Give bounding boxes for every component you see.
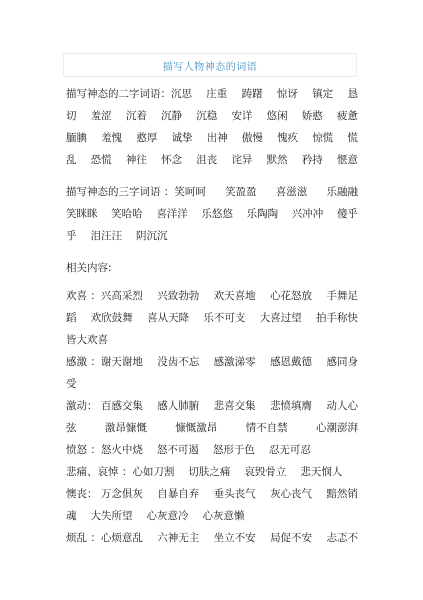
text-line: 笑眯眯笑哈哈喜洋洋乐悠悠乐陶陶兴冲冲傻乎 [66, 203, 358, 225]
word: 安详 [231, 105, 252, 127]
word: 娇憨 [302, 105, 323, 127]
word: 怒形于色 [213, 439, 255, 461]
text-line: 激动： 百感交集感人肺腑悲喜交集悲愤填膺动人心 [66, 395, 358, 417]
word: 傻乎 [337, 203, 358, 225]
word: 庄重 [206, 83, 227, 105]
text-line: 受 [66, 373, 358, 395]
word: 懊丧： 万念俱灰 [66, 483, 143, 505]
word: 心花怒放 [270, 285, 312, 307]
word: 出神 [207, 127, 228, 149]
word: 惊讶 [277, 83, 298, 105]
word: 激昂慷慨 [105, 417, 147, 439]
word: 欢欣鼓舞 [91, 307, 133, 329]
word: 诚挚 [172, 127, 193, 149]
word: 描写神态的三字词语 ：笑呵呵 [66, 181, 206, 203]
title-box: 描写人物神态的词语 [63, 53, 357, 77]
word: 兴冲冲 [292, 203, 324, 225]
word: 矜持 [302, 149, 323, 171]
word: 感激 ：谢天谢地 [66, 351, 143, 373]
word: 烦乱 ：心烦意乱 [66, 527, 143, 549]
word: 大喜过望 [260, 307, 302, 329]
text-line: 蹈欢欣鼓舞喜从天降乐不可支大喜过望拍手称快 [66, 307, 358, 329]
page-title: 描写人物神态的词语 [163, 58, 258, 73]
word: 笑眯眯 [66, 203, 98, 225]
word: 动人心 [326, 395, 358, 417]
word: 哀毁骨立 [244, 461, 286, 483]
text-line: 感激 ：谢天谢地没齿不忘感激涕零感恩戴德感同身 [66, 351, 358, 373]
word: 傲慢 [242, 127, 263, 149]
word: 激动： 百感交集 [66, 395, 143, 417]
word: 喜从天降 [147, 307, 189, 329]
text-line: 描写神态的二字词语：沉思庄重踌躇惊讶镇定恳 [66, 83, 358, 105]
word: 怀念 [161, 149, 182, 171]
word: 垂头丧气 [214, 483, 256, 505]
word: 心潮澎湃 [316, 417, 358, 439]
word: 感恩戴德 [270, 351, 312, 373]
word: 切肤之痛 [188, 461, 230, 483]
word: 乐陶陶 [247, 203, 279, 225]
word: 恳 [347, 83, 358, 105]
word: 蹈 [66, 307, 77, 329]
text-line: 描写神态的三字词语 ：笑呵呵笑盈盈喜滋滋乐融融 [66, 181, 358, 203]
word: 悠闲 [267, 105, 288, 127]
word: 欢天喜地 [214, 285, 256, 307]
word: 悲喜交集 [214, 395, 256, 417]
word: 羞涩 [91, 105, 112, 127]
word: 笑哈哈 [111, 203, 143, 225]
three-char-section: 描写神态的三字词语 ：笑呵呵笑盈盈喜滋滋乐融融笑眯眯笑哈哈喜洋洋乐悠悠乐陶陶兴冲… [66, 181, 358, 247]
word: 描写神态的二字词语：沉思 [66, 83, 192, 105]
word: 喜滋滋 [276, 181, 308, 203]
word: 大失所望 [91, 505, 133, 527]
word: 自暴自弃 [157, 483, 199, 505]
word: 乐不可支 [203, 307, 245, 329]
word: 神往 [126, 149, 147, 171]
text-line: 懊丧： 万念俱灰自暴自弃垂头丧气灰心丧气黯然销 [66, 483, 358, 505]
text-line: 烦乱 ：心烦意乱六神无主坐立不安局促不安忐忑不 [66, 527, 358, 549]
word: 悲天悯人 [300, 461, 342, 483]
word: 阴沉沉 [136, 225, 168, 247]
word: 腼腆 [66, 127, 87, 149]
text-line: 悲痛、哀悼 ：心如刀割切肤之痛哀毁骨立悲天悯人 [66, 461, 358, 483]
word: 皆大欢喜 [66, 329, 108, 351]
word: 悲痛、哀悼 ：心如刀割 [66, 461, 174, 483]
word: 疲惫 [337, 105, 358, 127]
word: 情不自禁 [246, 417, 288, 439]
word: 镇定 [312, 83, 333, 105]
word: 坐立不安 [214, 527, 256, 549]
word: 泪汪汪 [91, 225, 123, 247]
word: 憨厚 [136, 127, 157, 149]
word: 感激涕零 [214, 351, 256, 373]
text-line: 切羞涩沉着沉静沉稳安详悠闲娇憨疲惫 [66, 105, 358, 127]
word: 忍无可忍 [269, 439, 311, 461]
text-line: 乱恐慌神往怀念沮丧诧异默然矜持惬意 [66, 149, 358, 171]
text-line: 腼腆羞愧憨厚诚挚出神傲慢愧疚惊慌慌 [66, 127, 358, 149]
text-line: 皆大欢喜 [66, 329, 358, 351]
related-heading: 相关内容: [66, 257, 358, 279]
word: 手舞足 [326, 285, 358, 307]
word: 慌 [348, 127, 359, 149]
text-line: 乎泪汪汪阴沉沉 [66, 225, 358, 247]
word: 慷慨激昂 [175, 417, 217, 439]
related-heading-text: 相关内容: [66, 257, 112, 279]
word: 恐慌 [91, 149, 112, 171]
word: 兴致勃勃 [157, 285, 199, 307]
text-line: 魂大失所望心灰意冷心灰意懒 [66, 505, 358, 527]
word: 沉稳 [196, 105, 217, 127]
document-page: 描写人物神态的词语 描写神态的二字词语：沉思庄重踌躇惊讶镇定恳切羞涩沉着沉静沉稳… [0, 0, 423, 600]
word: 诧异 [231, 149, 252, 171]
word: 魂 [66, 505, 77, 527]
related-section: 欢喜 ：兴高采烈兴致勃勃欢天喜地心花怒放手舞足蹈欢欣鼓舞喜从天降乐不可支大喜过望… [66, 285, 358, 549]
word: 惊慌 [312, 127, 333, 149]
word: 喜洋洋 [156, 203, 188, 225]
word: 沉静 [161, 105, 182, 127]
word: 怒不可遏 [157, 439, 199, 461]
word: 切 [66, 105, 77, 127]
word: 沮丧 [196, 149, 217, 171]
word: 乱 [66, 149, 77, 171]
word: 局促不安 [270, 527, 312, 549]
word: 欢喜 ：兴高采烈 [66, 285, 143, 307]
word: 悲愤填膺 [270, 395, 312, 417]
document-body: 描写神态的二字词语：沉思庄重踌躇惊讶镇定恳切羞涩沉着沉静沉稳安详悠闲娇憨疲惫腼腆… [66, 83, 358, 549]
word: 受 [66, 373, 77, 395]
word: 黯然销 [326, 483, 358, 505]
word: 乎 [66, 225, 77, 247]
word: 沉着 [126, 105, 147, 127]
word: 默然 [267, 149, 288, 171]
word: 感人肺腑 [157, 395, 199, 417]
word: 心灰意懒 [203, 505, 245, 527]
word: 忐忑不 [326, 527, 358, 549]
word: 拍手称快 [316, 307, 358, 329]
word: 灰心丧气 [270, 483, 312, 505]
word: 愤怒 ：怒火中烧 [66, 439, 143, 461]
word: 六神无主 [157, 527, 199, 549]
word: 踌躇 [242, 83, 263, 105]
text-line: 弦激昂慷慨慷慨激昂情不自禁心潮澎湃 [66, 417, 358, 439]
word: 惬意 [337, 149, 358, 171]
word: 笑盈盈 [225, 181, 257, 203]
word: 愧疚 [277, 127, 298, 149]
text-line: 欢喜 ：兴高采烈兴致勃勃欢天喜地心花怒放手舞足 [66, 285, 358, 307]
word: 感同身 [326, 351, 358, 373]
two-char-section: 描写神态的二字词语：沉思庄重踌躇惊讶镇定恳切羞涩沉着沉静沉稳安详悠闲娇憨疲惫腼腆… [66, 83, 358, 171]
word: 心灰意冷 [147, 505, 189, 527]
text-line: 愤怒 ：怒火中烧怒不可遏怒形于色忍无可忍 [66, 439, 358, 461]
word: 羞愧 [101, 127, 122, 149]
word: 弦 [66, 417, 77, 439]
word: 乐悠悠 [201, 203, 233, 225]
word: 乐融融 [327, 181, 359, 203]
word: 没齿不忘 [157, 351, 199, 373]
